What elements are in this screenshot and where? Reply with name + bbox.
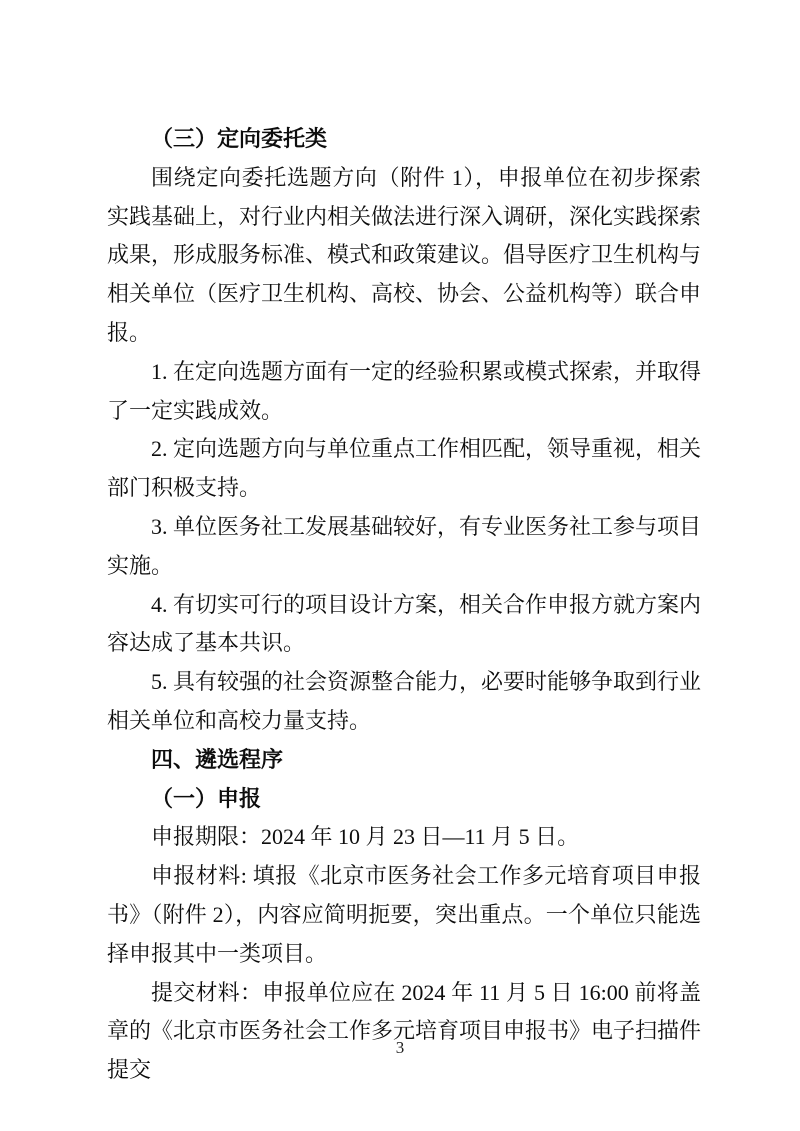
page-number: 3 — [0, 1036, 800, 1060]
paragraph-criterion-1: 1. 在定向选题方面有一定的经验积累或模式探索，并取得了一定实践成效。 — [107, 353, 701, 431]
document-page: （三）定向委托类 围绕定向委托选题方向（附件 1），申报单位在初步探索实践基础上… — [0, 0, 800, 1131]
document-body: （三）定向委托类 围绕定向委托选题方向（附件 1），申报单位在初步探索实践基础上… — [107, 120, 701, 1090]
paragraph-criterion-3: 3. 单位医务社工发展基础较好，有专业医务社工参与项目实施。 — [107, 508, 701, 586]
paragraph-criterion-5: 5. 具有较强的社会资源整合能力，必要时能够争取到行业相关单位和高校力量支持。 — [107, 663, 701, 741]
paragraph-submission-materials: 提交材料：申报单位应在 2024 年 11 月 5 日 16:00 前将盖章的《… — [107, 974, 701, 1090]
paragraph-application-period: 申报期限：2024 年 10 月 23 日—11 月 5 日。 — [107, 818, 701, 857]
heading-selection-procedure: 四、遴选程序 — [107, 741, 701, 780]
heading-application: （一）申报 — [107, 780, 701, 819]
heading-targeted-commission-category: （三）定向委托类 — [107, 120, 701, 159]
paragraph-intro: 围绕定向委托选题方向（附件 1），申报单位在初步探索实践基础上，对行业内相关做法… — [107, 159, 701, 353]
paragraph-application-materials: 申报材料: 填报《北京市医务社会工作多元培育项目申报书》（附件 2），内容应简明… — [107, 857, 701, 973]
paragraph-criterion-4: 4. 有切实可行的项目设计方案，相关合作申报方就方案内容达成了基本共识。 — [107, 586, 701, 664]
paragraph-criterion-2: 2. 定向选题方向与单位重点工作相匹配，领导重视，相关部门积极支持。 — [107, 430, 701, 508]
